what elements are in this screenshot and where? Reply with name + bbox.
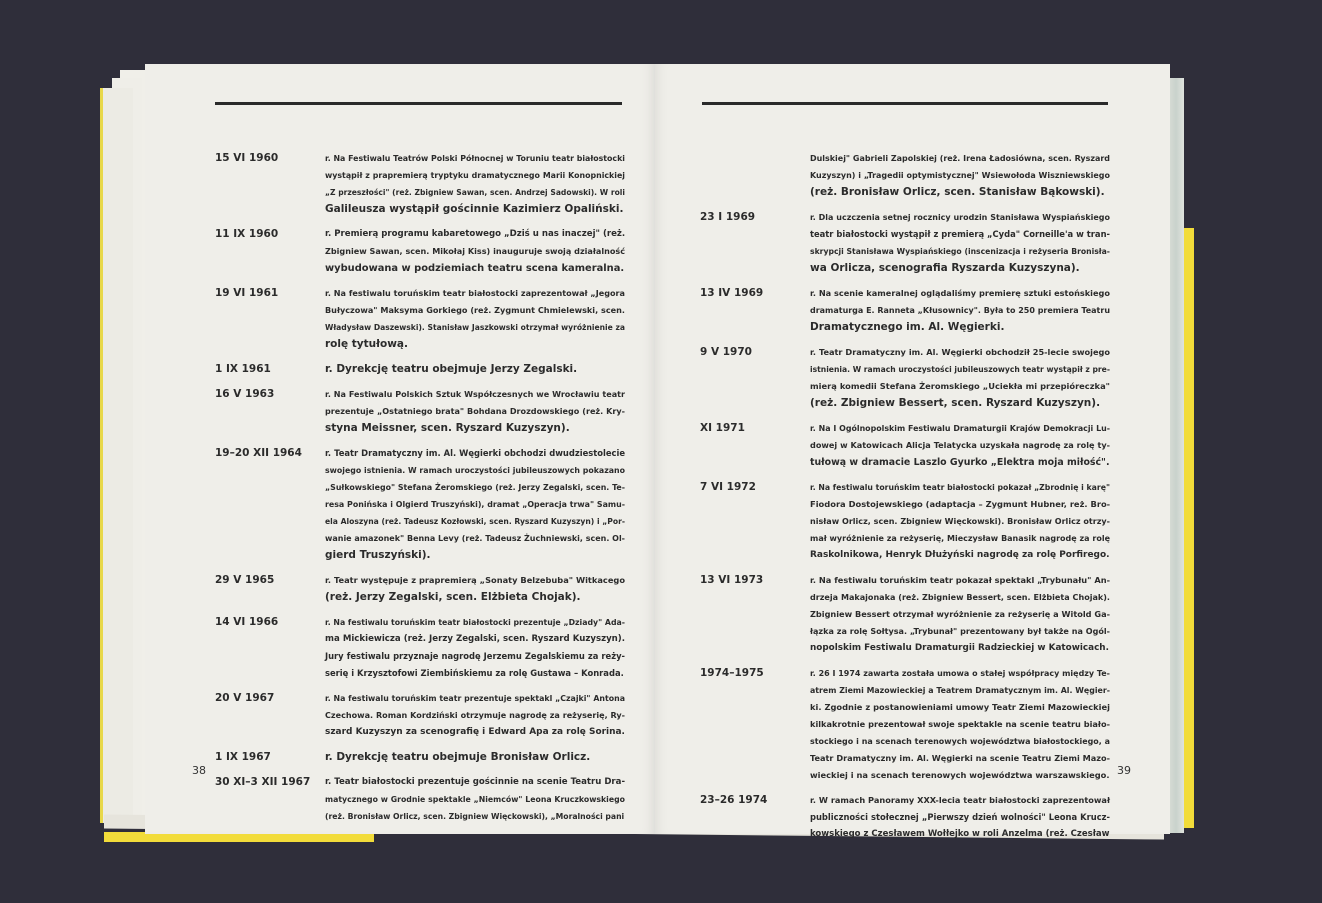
chronology-list: Dulskiej" Gabrieli Zapolskiej (reż. Iren… bbox=[700, 150, 1110, 851]
left-page: 15 VI 1960r. Na Festiwalu Teatrów Polski… bbox=[145, 64, 655, 834]
text-line: mał wyróżnienie za reżyserię, Mieczysław… bbox=[810, 530, 1110, 547]
chronology-entry: 23–26 1974r. W ramach Panoramy XXX-lecia… bbox=[700, 792, 1110, 843]
chronology-entry: 13 VI 1973r. Na festiwalu toruńskim teat… bbox=[700, 572, 1110, 657]
text-line: swojego istnienia. W ramach uroczystości… bbox=[325, 462, 625, 479]
text-line: nisław Orlicz, scen. Zbigniew Więckowski… bbox=[810, 513, 1110, 530]
text-line: matycznego w Grodnie spektakle „Niemców"… bbox=[325, 791, 625, 808]
text-line: skrypcji Stanisława Wyspiańskiego (insce… bbox=[810, 243, 1110, 260]
chronology-entry: 20 V 1967r. Na festiwalu toruńskim teatr… bbox=[215, 690, 625, 741]
text-line: r. Na festiwalu toruńskim teatr prezentu… bbox=[325, 690, 625, 707]
text-line: dramaturga E. Ranneta „Kłusownicy". Była… bbox=[810, 302, 1110, 319]
text-line: r. Na festiwalu toruńskim teatr białosto… bbox=[810, 479, 1110, 496]
text-line: Władysław Daszewski). Stanisław Jaszkows… bbox=[325, 319, 625, 336]
text-line: r. Teatr występuje z prapremierą „Sonaty… bbox=[325, 572, 625, 589]
chronology-entry: 13 IV 1969r. Na scenie kameralnej ogląda… bbox=[700, 285, 1110, 336]
text-line: teatr białostocki wystąpił z premierą „C… bbox=[810, 226, 1110, 243]
text-line: kowskiego z Czesławem Wołłejko w roli An… bbox=[810, 826, 1110, 843]
text-line: r. Premierą programu kabaretowego „Dziś … bbox=[325, 226, 625, 243]
text-line: (reż. Zbigniew Bessert, scen. Ryszard Ku… bbox=[810, 395, 1110, 412]
text-line: Jury festiwalu przyznaje nagrodę Jerzemu… bbox=[325, 648, 625, 665]
text-line: r. Teatr Dramatyczny im. Al. Węgierki ob… bbox=[325, 445, 625, 462]
text-line: r. Teatr białostocki prezentuje gościnni… bbox=[325, 774, 625, 791]
text-line: Zbigniew Sawan, scen. Mikołaj Kiss) inau… bbox=[325, 243, 625, 260]
text-line: serię i Krzysztofowi Ziembińskiemu za ro… bbox=[325, 665, 625, 682]
entry-date: 15 VI 1960 bbox=[215, 150, 278, 167]
text-line: wybudowana w podziemiach teatru scena ka… bbox=[325, 260, 625, 277]
continuation-paragraph: Dulskiej" Gabrieli Zapolskiej (reż. Iren… bbox=[700, 150, 1110, 201]
text-line: r. Na festiwalu toruńskim teatr białosto… bbox=[325, 285, 625, 302]
text-line: r. W ramach Panoramy XXX-lecia teatr bia… bbox=[810, 792, 1110, 809]
text-line: dowej w Katowicach Alicja Telatycka uzys… bbox=[810, 437, 1110, 454]
text-line: łązka za rolę Sołtysa. „Trybunał" prezen… bbox=[810, 623, 1110, 640]
text-line: Raskolnikowa, Henryk Dłużyński nagrodę z… bbox=[810, 547, 1110, 564]
text-line: „Sułkowskiego" Stefana Żeromskiego (reż.… bbox=[325, 479, 625, 496]
text-line: Zbigniew Bessert otrzymał wyróżnienie za… bbox=[810, 606, 1110, 623]
chronology-entry: XI 1971r. Na I Ogólnopolskim Festiwalu D… bbox=[700, 420, 1110, 471]
text-line: „Z przeszłości" (reż. Zbigniew Sawan, sc… bbox=[325, 184, 625, 201]
text-line: r. Dla uczczenia setnej rocznicy urodzin… bbox=[810, 209, 1110, 226]
chronology-entry: 29 V 1965r. Teatr występuje z prapremier… bbox=[215, 572, 625, 606]
text-line: r. Teatr Dramatyczny im. Al. Węgierki ob… bbox=[810, 344, 1110, 361]
entry-date: 30 XI–3 XII 1967 bbox=[215, 774, 310, 791]
text-line: Dulskiej" Gabrieli Zapolskiej (reż. Iren… bbox=[810, 150, 1110, 167]
entry-date: 7 VI 1972 bbox=[700, 479, 756, 496]
chronology-entry: 14 VI 1966r. Na festiwalu toruńskim teat… bbox=[215, 614, 625, 682]
text-line: mierą komedii Stefana Żeromskiego „Uciek… bbox=[810, 378, 1110, 395]
page-stack-edge-yellow bbox=[100, 88, 133, 823]
page-stack-edge-right bbox=[1168, 78, 1184, 833]
text-line: wieckiej i na scenach terenowych wojewód… bbox=[810, 767, 1110, 784]
chronology-entry: 23 I 1969r. Dla uczczenia setnej rocznic… bbox=[700, 209, 1110, 277]
text-line: r. Na scenie kameralnej oglądaliśmy prem… bbox=[810, 285, 1110, 302]
text-line: r. Na Festiwalu Polskich Sztuk Współczes… bbox=[325, 386, 625, 403]
text-line: r. Na festiwalu toruńskim teatr pokazał … bbox=[810, 572, 1110, 589]
entry-date: 1 IX 1961 bbox=[215, 361, 271, 378]
entry-date: 16 V 1963 bbox=[215, 386, 274, 403]
entry-date: 20 V 1967 bbox=[215, 690, 274, 707]
text-line: wanie amazonek" Benna Levy (reż. Tadeusz… bbox=[325, 530, 625, 547]
chronology-entry: 19 VI 1961r. Na festiwalu toruńskim teat… bbox=[215, 285, 625, 353]
text-line: Kuzyszyn) i „Tragedii optymistycznej" Ws… bbox=[810, 167, 1110, 184]
entry-date: 11 IX 1960 bbox=[215, 226, 278, 243]
text-line: nopolskim Festiwalu Dramaturgii Radzieck… bbox=[810, 640, 1110, 657]
chronology-entry: 16 V 1963r. Na Festiwalu Polskich Sztuk … bbox=[215, 386, 625, 437]
chronology-entry: 7 VI 1972r. Na festiwalu toruńskim teatr… bbox=[700, 479, 1110, 564]
chronology-entry: 9 V 1970r. Teatr Dramatyczny im. Al. Węg… bbox=[700, 344, 1110, 412]
page-number: 38 bbox=[192, 764, 206, 777]
text-line: styna Meissner, scen. Ryszard Kuzyszyn). bbox=[325, 420, 625, 437]
text-line: prezentuje „Ostatniego brata" Bohdana Dr… bbox=[325, 403, 625, 420]
chronology-entry: 1974–1975r. 26 I 1974 zawarta została um… bbox=[700, 665, 1110, 784]
text-line: kilkakrotnie prezentował swoje spektakle… bbox=[810, 716, 1110, 733]
text-line: r. 26 I 1974 zawarta została umowa o sta… bbox=[810, 665, 1110, 682]
entry-date: 14 VI 1966 bbox=[215, 614, 278, 631]
text-line: r. Dyrekcję teatru obejmuje Jerzy Zegals… bbox=[325, 361, 625, 378]
entry-date: XI 1971 bbox=[700, 420, 745, 437]
text-line: Fiodora Dostojewskiego (adaptacja – Zygm… bbox=[810, 496, 1110, 513]
entry-date: 13 VI 1973 bbox=[700, 572, 763, 589]
entry-date: 29 V 1965 bbox=[215, 572, 274, 589]
chronology-entry: 1 IX 1967r. Dyrekcję teatru obejmuje Bro… bbox=[215, 749, 625, 766]
text-line: gierd Truszyński). bbox=[325, 547, 625, 564]
text-line: r. Na I Ogólnopolskim Festiwalu Dramatur… bbox=[810, 420, 1110, 437]
text-line: drzeja Makajonaka (reż. Zbigniew Bessert… bbox=[810, 589, 1110, 606]
text-line: Dramatycznego im. Al. Węgierki. bbox=[810, 319, 1110, 336]
text-line: Galileusza wystąpił gościnnie Kazimierz … bbox=[325, 201, 625, 218]
text-line: Teatr Dramatyczny im. Al. Węgierki na sc… bbox=[810, 750, 1110, 767]
text-line: publiczności stołecznej „Pierwszy dzień … bbox=[810, 809, 1110, 826]
chronology-entry: 30 XI–3 XII 1967r. Teatr białostocki pre… bbox=[215, 774, 625, 825]
entry-date: 19–20 XII 1964 bbox=[215, 445, 302, 462]
text-line: (reż. Bronisław Orlicz, scen. Stanisław … bbox=[810, 184, 1110, 201]
entry-date: 23–26 1974 bbox=[700, 792, 767, 809]
text-line: (reż. Jerzy Zegalski, scen. Elżbieta Cho… bbox=[325, 589, 625, 606]
header-rule bbox=[215, 102, 622, 105]
page-number: 39 bbox=[1117, 764, 1131, 777]
chronology-entry: 1 IX 1961r. Dyrekcję teatru obejmuje Jer… bbox=[215, 361, 625, 378]
chronology-entry: 15 VI 1960r. Na Festiwalu Teatrów Polski… bbox=[215, 150, 625, 218]
text-line: resa Ponińska i Olgierd Truszyński), dra… bbox=[325, 496, 625, 513]
text-line: szard Kuzyszyn za scenografię i Edward A… bbox=[325, 724, 625, 741]
text-line: (reż. Bronisław Orlicz, scen. Zbigniew W… bbox=[325, 808, 625, 825]
chronology-entry: 19–20 XII 1964r. Teatr Dramatyczny im. A… bbox=[215, 445, 625, 564]
text-line: wa Orlicza, scenografia Ryszarda Kuzyszy… bbox=[810, 260, 1110, 277]
header-rule bbox=[702, 102, 1108, 105]
text-line: ma Mickiewicza (reż. Jerzy Zegalski, sce… bbox=[325, 631, 625, 648]
text-line: istnienia. W ramach uroczystości jubileu… bbox=[810, 361, 1110, 378]
text-line: wystąpił z prapremierą tryptyku dramatyc… bbox=[325, 167, 625, 184]
text-line: atrem Ziemi Mazowieckiej a Teatrem Drama… bbox=[810, 682, 1110, 699]
text-line: r. Na Festiwalu Teatrów Polski Północnej… bbox=[325, 150, 625, 167]
entry-date: 1 IX 1967 bbox=[215, 749, 271, 766]
text-line: Bułyczowa" Maksyma Gorkiego (reż. Zygmun… bbox=[325, 302, 625, 319]
entry-date: 13 IV 1969 bbox=[700, 285, 763, 302]
text-line: Czechowa. Roman Kordziński otrzymuje nag… bbox=[325, 707, 625, 724]
entry-date: 19 VI 1961 bbox=[215, 285, 278, 302]
text-line: rolę tytułową. bbox=[325, 336, 625, 353]
text-line: r. Na festiwalu toruńskim teatr białosto… bbox=[325, 614, 625, 631]
text-line: tułową w dramacie Laszlo Gyurko „Elektra… bbox=[810, 454, 1110, 471]
right-page: Dulskiej" Gabrieli Zapolskiej (reż. Iren… bbox=[655, 64, 1170, 834]
entry-date: 9 V 1970 bbox=[700, 344, 752, 361]
chronology-entry: 11 IX 1960r. Premierą programu kabaretow… bbox=[215, 226, 625, 277]
entry-date: 23 I 1969 bbox=[700, 209, 755, 226]
text-line: r. Dyrekcję teatru obejmuje Bronisław Or… bbox=[325, 749, 625, 766]
chronology-list: 15 VI 1960r. Na Festiwalu Teatrów Polski… bbox=[215, 150, 625, 833]
text-line: ela Aloszyna (reż. Tadeusz Kozłowski, sc… bbox=[325, 513, 625, 530]
text-line: ki. Zgodnie z postanowieniami umowy Teat… bbox=[810, 699, 1110, 716]
text-line: stockiego i na scenach terenowych wojewó… bbox=[810, 733, 1110, 750]
entry-date: 1974–1975 bbox=[700, 665, 764, 682]
